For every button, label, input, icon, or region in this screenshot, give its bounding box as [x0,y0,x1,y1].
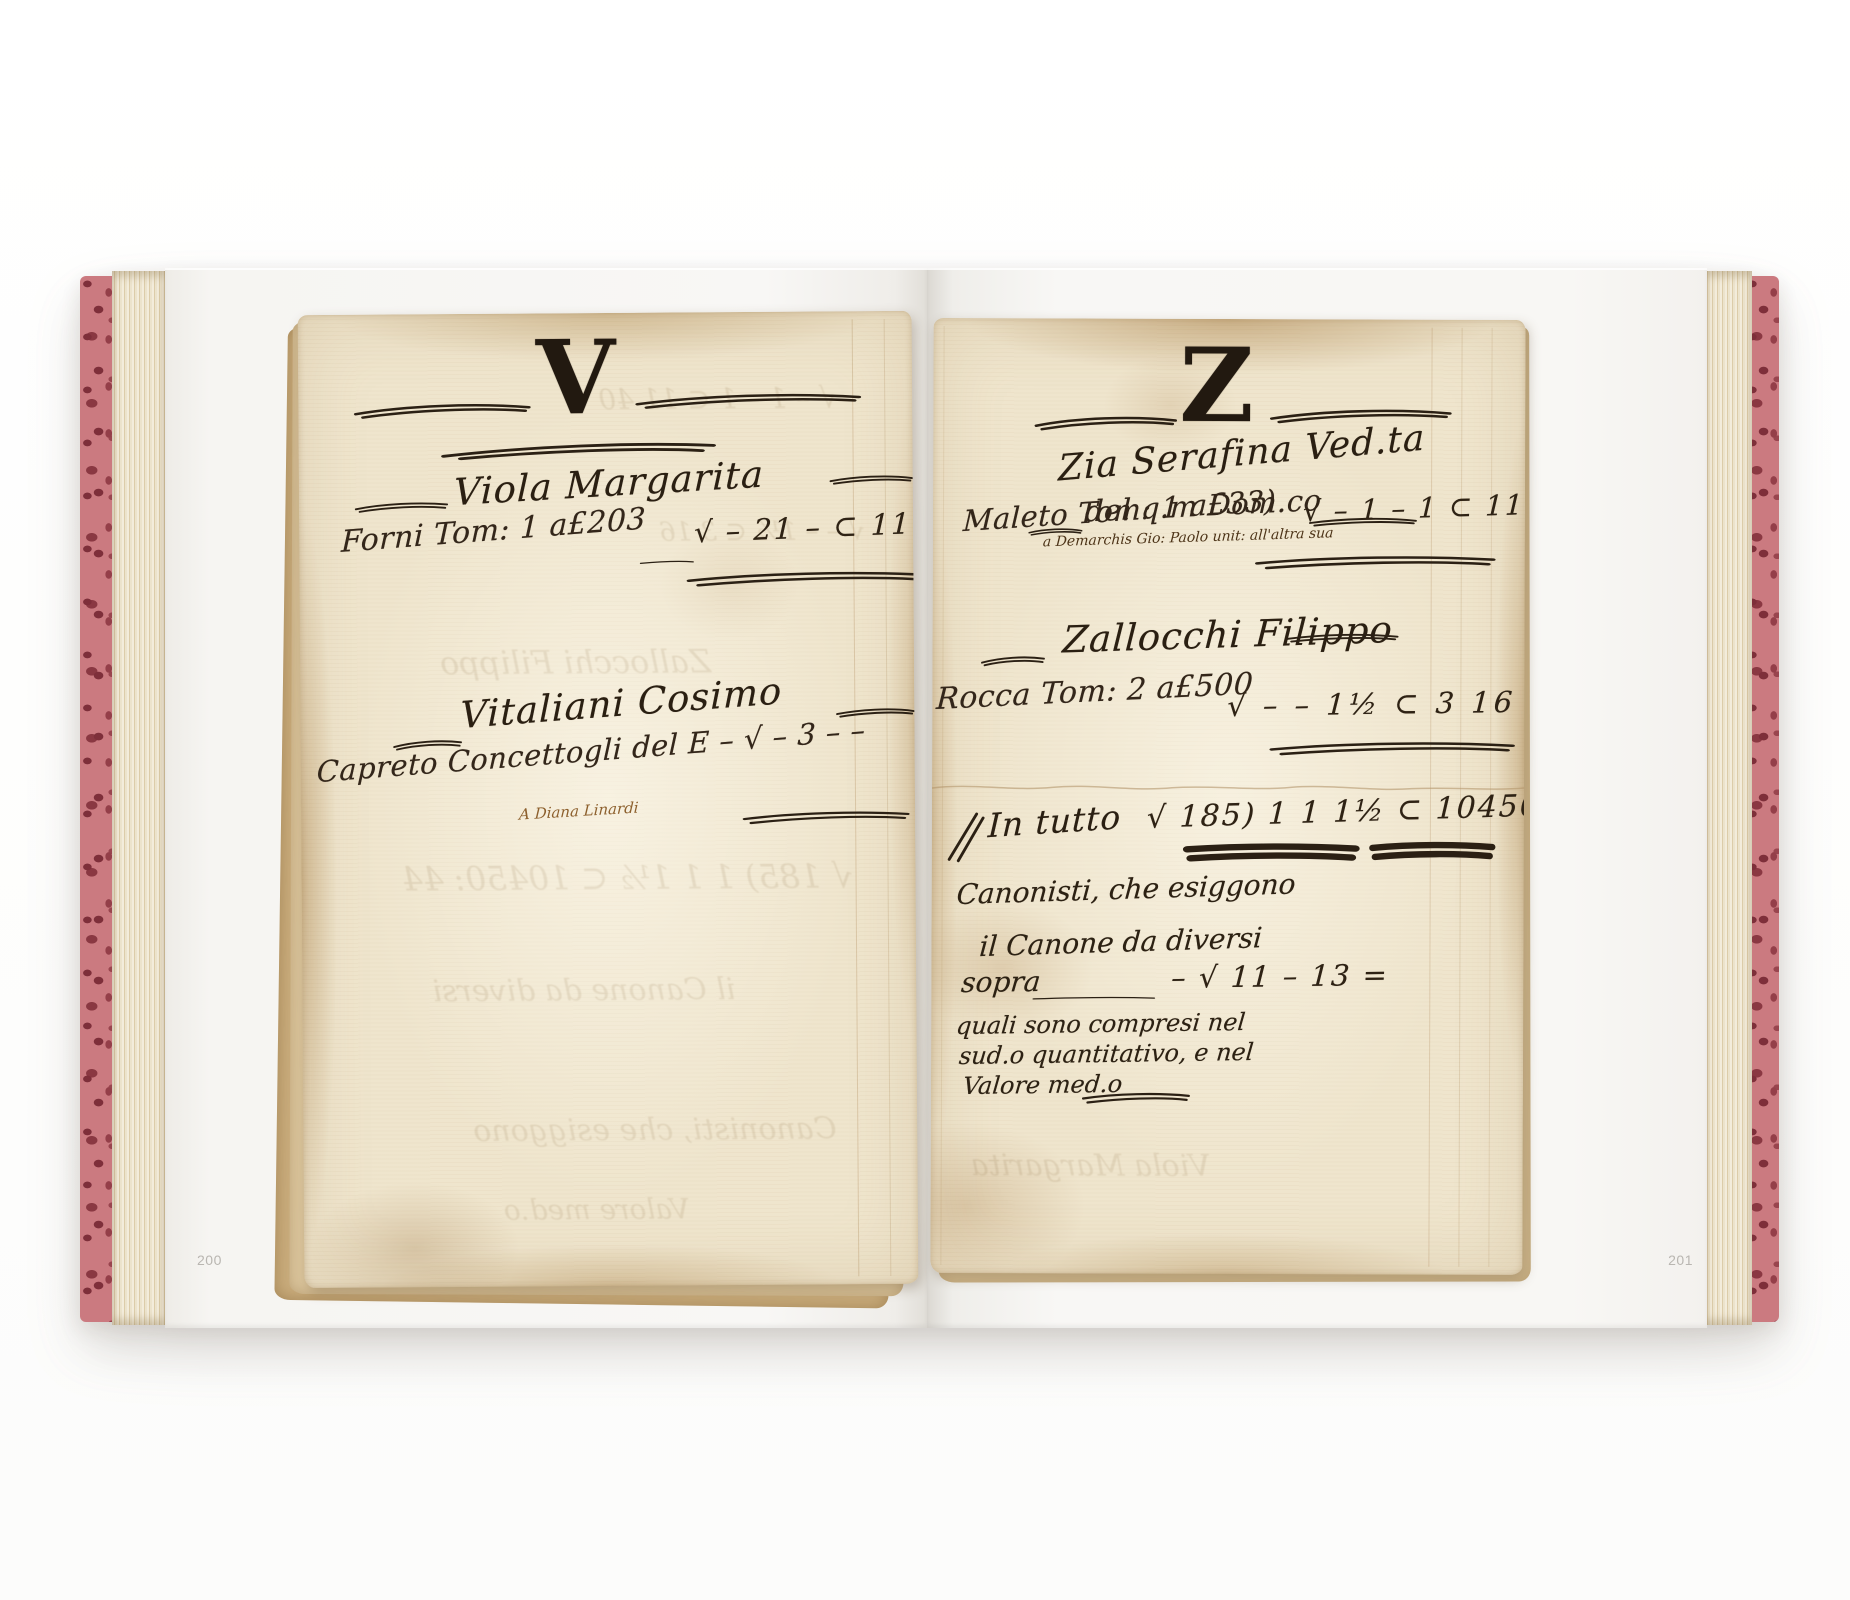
open-book-photo: √ – 1 – 1 ⊂ 11 40 √ – – 1½ ⊂ 3 16 Zalloc… [80,268,1779,1328]
bleedthrough-text: Valore med.o [504,1192,690,1226]
flourish-line [352,402,532,419]
paragraph-line: quali sono compresi nel [955,1008,1247,1040]
photo-background: √ – 1 – 1 ⊂ 11 40 √ – – 1½ ⊂ 3 16 Zalloc… [0,0,1850,1600]
page-stack-right [1705,271,1752,1325]
bleedthrough-text: Canonisti, che esiggono [473,1111,837,1149]
index-letter-v: V [536,327,616,430]
page-number-left: 200 [197,1252,222,1268]
paragraph-line: sud.o quantitativo, e nel [958,1038,1255,1070]
column-rule [940,326,944,1265]
paragraph-amount: – √ 11 – 13 = [1170,958,1390,995]
ledger-amount: √ – 1 – 1 ⊂ 11 40 [1302,487,1525,529]
total-underline [1370,841,1495,859]
manuscript-leaf-right: Viola Margarita Z Zia Serafina Ved.ta de… [930,318,1525,1275]
bleedthrough-text: Zallocchi Filippo [440,642,711,682]
page-number-right: 201 [1668,1252,1693,1268]
flourish-line [1033,414,1178,431]
flourish-line [1031,994,1156,1002]
book-cover-left-edge [80,276,114,1322]
flourish-line [980,654,1045,666]
total-underline [1184,843,1359,862]
bleedthrough-text: il Canone da diversi [432,972,735,1009]
flourish-line [1081,1090,1191,1104]
index-letter-z: Z [1179,335,1254,437]
flourish-line [1253,553,1498,570]
ledger-note: A Diana Linardi [519,798,639,823]
ledger-line: Rocca Tom: 2 a£500 [935,666,1254,717]
flourish-line [829,473,914,486]
book-page-left: √ – 1 – 1 ⊂ 11 40 √ – – 1½ ⊂ 3 16 Zalloc… [165,268,927,1328]
ledger-amount: √ – – 1½ ⊂ 3 16 [1226,685,1517,723]
page-stack-left [112,271,165,1325]
flourish-line [354,500,449,513]
flourish-line [1285,631,1400,643]
paragraph-line: Canonisti, che esiggono [955,867,1296,911]
flourish-line [684,569,918,587]
flourish-line [741,809,911,824]
book-page-right: Viola Margarita Z Zia Serafina Ved.ta de… [927,268,1707,1328]
bleedthrough-text: Viola Margarita [971,1148,1211,1184]
total-slash-flourish [944,810,986,862]
flourish-line [633,391,863,409]
manuscript-leaf-left: √ – 1 – 1 ⊂ 11 40 √ – – 1½ ⊂ 3 16 Zalloc… [298,311,919,1288]
flourish-line [1268,407,1453,424]
total-label: In tutto [987,797,1122,845]
manuscript-paper-left: √ – 1 – 1 ⊂ 11 40 √ – – 1½ ⊂ 3 16 Zalloc… [298,311,919,1288]
flourish-line [1267,739,1517,756]
paragraph-line: il Canone da diversi [978,921,1263,963]
flourish-line [639,558,694,566]
bleedthrough-text: √ 185) 1 1 1½ ⊂ 10450: 44 [401,856,852,898]
column-rule [852,319,860,1276]
manuscript-paper-right: Viola Margarita Z Zia Serafina Ved.ta de… [930,318,1525,1275]
column-rule [884,319,892,1276]
paragraph-line: sopra [960,965,1042,999]
